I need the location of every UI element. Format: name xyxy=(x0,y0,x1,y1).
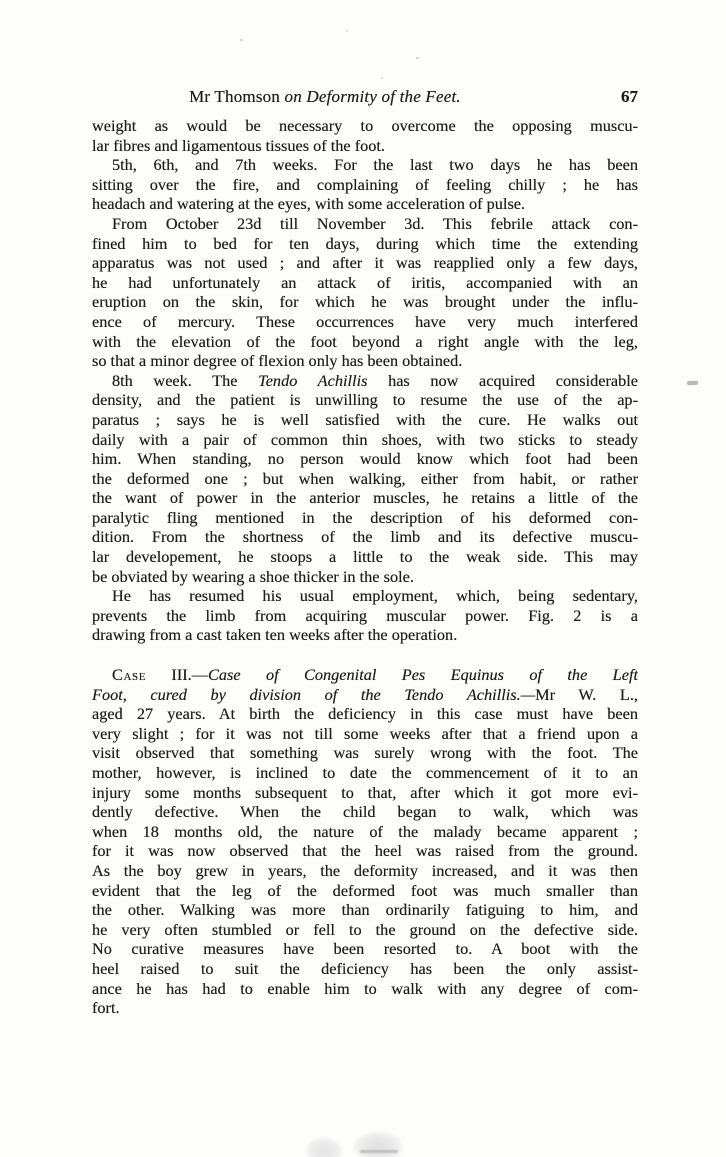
book-page: Mr Thomson on Deformity of the Feet. 67 … xyxy=(0,0,726,1157)
paragraph: From October 23d till November 3d. This … xyxy=(92,214,638,371)
text-line: he had unfortunately an attack of iritis… xyxy=(92,273,638,293)
scan-speck xyxy=(240,39,243,41)
text-line: ance he has had to enable him to walk wi… xyxy=(92,979,638,999)
text-line: Case III.—Case of Congenital Pes Equinus… xyxy=(92,665,638,685)
text-line: weight as would be necessary to overcome… xyxy=(92,116,638,136)
text-line: fined him to bed for ten days, during wh… xyxy=(92,234,638,254)
text-line: dently defective. When the child began t… xyxy=(92,802,638,822)
running-title-author: Mr Thomson xyxy=(189,87,284,106)
text-line: lar developement, he stoops a little to … xyxy=(92,547,638,567)
paragraph: 5th, 6th, and 7th weeks. For the last tw… xyxy=(92,155,638,214)
text-line: the other. Walking was more than ordinar… xyxy=(92,900,638,920)
text-line: him. When standing, no person would know… xyxy=(92,449,638,469)
scan-speck xyxy=(381,77,383,79)
text-line: sitting over the fire, and complaining o… xyxy=(92,175,638,195)
text-line: eruption on the skin, for which he was b… xyxy=(92,292,638,312)
text-line: visit observed that something was surely… xyxy=(92,743,638,763)
text-line: apparatus was not used ; and after it wa… xyxy=(92,253,638,273)
text-line: 8th week. The Tendo Achillis has now acq… xyxy=(92,371,638,391)
scan-smudge xyxy=(360,1150,398,1153)
running-title: Mr Thomson on Deformity of the Feet. xyxy=(52,87,598,107)
text-line: paratus ; says he is well satisfied with… xyxy=(92,410,638,430)
text-line: evident that the leg of the deformed foo… xyxy=(92,881,638,901)
text-line: dition. From the shortness of the limb a… xyxy=(92,527,638,547)
running-title-subject: on Deformity of the Feet. xyxy=(285,87,461,106)
text-line: No curative measures have been resorted … xyxy=(92,939,638,959)
text-line: As the boy grew in years, the deformity … xyxy=(92,861,638,881)
text-line: density, and the patient is unwilling to… xyxy=(92,390,638,410)
text-line: for it was now observed that the heel wa… xyxy=(92,841,638,861)
text-line: aged 27 years. At birth the deficiency i… xyxy=(92,704,638,724)
paragraph: 8th week. The Tendo Achillis has now acq… xyxy=(92,371,638,587)
text-line: He has resumed his usual employment, whi… xyxy=(92,586,638,606)
text-line: heel raised to suit the deficiency has b… xyxy=(92,959,638,979)
text-line: he very often stumbled or fell to the gr… xyxy=(92,920,638,940)
text-line: lar fibres and ligamentous tissues of th… xyxy=(92,136,638,156)
text-line: injury some months subsequent to that, a… xyxy=(92,783,638,803)
text-line: when 18 months old, the nature of the ma… xyxy=(92,822,638,842)
text-line: drawing from a cast taken ten weeks afte… xyxy=(92,625,638,645)
text-line: mother, however, is inclined to date the… xyxy=(92,763,638,783)
paragraph: Case III.—Case of Congenital Pes Equinus… xyxy=(92,665,638,1018)
page-number: 67 xyxy=(596,87,638,107)
scan-speck xyxy=(416,57,419,59)
text-line: From October 23d till November 3d. This … xyxy=(92,214,638,234)
text-line: fort. xyxy=(92,998,638,1018)
text-line: very slight ; for it was not till some w… xyxy=(92,724,638,744)
text-line: headach and watering at the eyes, with s… xyxy=(92,194,638,214)
text-line: prevents the limb from acquiring muscula… xyxy=(92,606,638,626)
scan-speck xyxy=(346,30,348,32)
scan-smudge xyxy=(306,1138,342,1157)
page-header: Mr Thomson on Deformity of the Feet. 67 xyxy=(0,87,726,109)
text-line: with the elevation of the foot beyond a … xyxy=(92,332,638,352)
text-line: 5th, 6th, and 7th weeks. For the last tw… xyxy=(92,155,638,175)
paragraph: He has resumed his usual employment, whi… xyxy=(92,586,638,645)
text-line: the want of power in the anterior muscle… xyxy=(92,488,638,508)
text-line: so that a minor degree of flexion only h… xyxy=(92,351,638,371)
paragraph: weight as would be necessary to overcome… xyxy=(92,116,638,155)
text-line: be obviated by wearing a shoe thicker in… xyxy=(92,567,638,587)
scan-smudge xyxy=(354,1132,402,1157)
text-line: paralytic fling mentioned in the descrip… xyxy=(92,508,638,528)
body-text: weight as would be necessary to overcome… xyxy=(92,116,638,1018)
text-line: daily with a pair of common thin shoes, … xyxy=(92,430,638,450)
text-line: the deformed one ; but when walking, eit… xyxy=(92,469,638,489)
text-line: Foot, cured by division of the Tendo Ach… xyxy=(92,685,638,705)
text-line: ence of mercury. These occurrences have … xyxy=(92,312,638,332)
margin-mark xyxy=(687,381,698,385)
